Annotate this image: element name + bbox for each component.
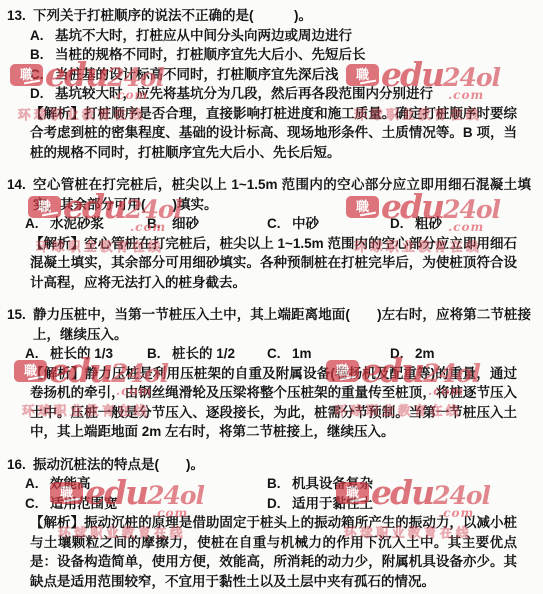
option-label: D. — [30, 84, 55, 104]
analysis: 【解析】空心管桩在打完桩后，桩尖以上 1~1.5m 范围内的空心部分应立即用细石… — [30, 234, 517, 293]
question-title: 13. 下列关于打桩顺序的说法不正确的是( )。 — [7, 6, 543, 26]
option-d: D. 2m — [390, 344, 543, 364]
option-label: B. — [30, 45, 55, 65]
option-label: B. — [267, 474, 292, 494]
question-15: 15. 静力压桩中，当第一节桩压入土中，其上端距离地面( )左右时，应将第二节桩… — [7, 305, 543, 442]
option-a: A. 水泥砂浆 — [25, 214, 147, 234]
option-text: 适用于黏性土 — [292, 494, 373, 514]
option-text: 当桩基的设计标高不同时，打桩顺序宜先深后浅 — [55, 65, 339, 85]
analysis: 【解析】振动沉桩的原理是借助固定于桩头上的振动箱所产生的振动力，以减小桩与土壤颗… — [30, 513, 517, 591]
options-list: A. 桩长的 1/3 B. 桩长的 1/2 C. 1m D. 2m — [25, 344, 543, 364]
option-text: 细砂 — [172, 214, 199, 234]
question-title: 16. 振动沉桩法的特点是( )。 — [7, 455, 543, 475]
options-list: A. 基坑不大时，打桩应从中间分头向两边或周边进行 B. 当桩的规格不同时，打桩… — [30, 26, 543, 104]
option-c: C. 1m — [267, 344, 390, 364]
option-text: 2m — [415, 344, 435, 364]
analysis-label: 【解析】 — [30, 515, 84, 530]
option-d: D. 粗砂 — [390, 214, 543, 234]
analysis: 【解析】静力压桩是利用压桩架的自重及附属设备(卷扬机及配重等)的重量，通过卷扬机… — [30, 364, 517, 442]
analysis-text: 打桩顺序是否合理，直接影响打桩进度和施工质量。确定打桩顺序时要综合考虑到桩的密集… — [30, 106, 517, 160]
option-text: 桩长的 1/3 — [50, 344, 113, 364]
option-label: A. — [25, 474, 50, 494]
option-a: A. 桩长的 1/3 — [25, 344, 147, 364]
option-label: A. — [30, 26, 55, 46]
option-label: C. — [30, 65, 55, 85]
option-label: D. — [390, 344, 415, 364]
option-label: B. — [147, 344, 172, 364]
option-label: C. — [267, 214, 292, 234]
option-label: A. — [25, 214, 50, 234]
option-d: D. 适用于黏性土 — [267, 494, 543, 514]
analysis-text: 振动沉桩的原理是借助固定于桩头上的振动箱所产生的振动力，以减小桩与土壤颗粒之间的… — [30, 515, 517, 589]
option-c: C. 当桩基的设计标高不同时，打桩顺序宜先深后浅 — [30, 65, 543, 85]
question-title: 15. 静力压桩中，当第一节桩压入土中，其上端距离地面( )左右时，应将第二节桩… — [7, 305, 543, 344]
analysis-label: 【解析】 — [30, 106, 84, 121]
option-d: D. 基坑较大时，应先将基坑分为几段，然后再各段范围内分别进行 — [30, 84, 543, 104]
options-list: A. 效能高 B. 机具设备复杂 C. 适用范围宽 D. 适用于黏性土 — [25, 474, 543, 513]
question-14: 14. 空心管桩在打完桩后，桩尖以上 1~1.5m 范围内的空心部分应立即用细石… — [7, 175, 543, 292]
option-text: 1m — [292, 344, 312, 364]
question-13: 13. 下列关于打桩顺序的说法不正确的是( )。 A. 基坑不大时，打桩应从中间… — [7, 6, 543, 162]
option-text: 基坑不大时，打桩应从中间分头向两边或周边进行 — [55, 26, 352, 46]
analysis-text: 静力压桩是利用压桩架的自重及附属设备(卷扬机及配重等)的重量，通过卷扬机的牵引，… — [30, 366, 517, 440]
scanned-exam-page: { "page": { "background": "#fbfbfa", "te… — [0, 0, 543, 594]
option-b: B. 细砂 — [147, 214, 267, 234]
option-text: 基坑较大时，应先将基坑分为几段，然后再各段范围内分别进行 — [55, 84, 433, 104]
option-c: C. 适用范围宽 — [25, 494, 267, 514]
option-text: 水泥砂浆 — [50, 214, 104, 234]
analysis-label: 【解析】 — [30, 366, 85, 381]
document-content: 13. 下列关于打桩顺序的说法不正确的是( )。 A. 基坑不大时，打桩应从中间… — [0, 0, 543, 594]
option-label: D. — [390, 214, 415, 234]
question-title: 14. 空心管桩在打完桩后，桩尖以上 1~1.5m 范围内的空心部分应立即用细石… — [7, 175, 543, 214]
option-a: A. 效能高 — [25, 474, 267, 494]
option-text: 中砂 — [292, 214, 319, 234]
option-c: C. 中砂 — [267, 214, 390, 234]
analysis: 【解析】打桩顺序是否合理，直接影响打桩进度和施工质量。确定打桩顺序时要综合考虑到… — [30, 104, 517, 163]
option-label: A. — [25, 344, 50, 364]
question-text: 空心管桩在打完桩后，桩尖以上 1~1.5m 范围内的空心部分应立即用细石混凝土填… — [33, 175, 531, 214]
option-label: C. — [25, 494, 50, 514]
question-16: 16. 振动沉桩法的特点是( )。 A. 效能高 B. 机具设备复杂 C. 适用… — [7, 455, 543, 592]
option-text: 效能高 — [50, 474, 91, 494]
question-number: 15. — [7, 305, 33, 344]
option-label: D. — [267, 494, 292, 514]
question-number: 16. — [7, 455, 33, 475]
question-text: 下列关于打桩顺序的说法不正确的是( )。 — [33, 6, 531, 26]
option-label: B. — [147, 214, 172, 234]
option-text: 粗砂 — [415, 214, 442, 234]
option-label: C. — [267, 344, 292, 364]
option-b: B. 桩长的 1/2 — [147, 344, 267, 364]
option-text: 适用范围宽 — [50, 494, 118, 514]
analysis-label: 【解析】 — [30, 236, 84, 251]
analysis-text: 空心管桩在打完桩后，桩尖以上 1~1.5m 范围内的空心部分应立即用细石混凝土填… — [30, 236, 517, 290]
question-number: 13. — [7, 6, 33, 26]
option-b: B. 机具设备复杂 — [267, 474, 543, 494]
question-text: 振动沉桩法的特点是( )。 — [33, 455, 531, 475]
options-list: A. 水泥砂浆 B. 细砂 C. 中砂 D. 粗砂 — [25, 214, 543, 234]
option-text: 桩长的 1/2 — [172, 344, 235, 364]
option-text: 机具设备复杂 — [292, 474, 373, 494]
option-text: 当桩的规格不同时，打桩顺序宜先大后小、先短后长 — [55, 45, 366, 65]
option-b: B. 当桩的规格不同时，打桩顺序宜先大后小、先短后长 — [30, 45, 543, 65]
question-number: 14. — [7, 175, 33, 214]
option-a: A. 基坑不大时，打桩应从中间分头向两边或周边进行 — [30, 26, 543, 46]
question-text: 静力压桩中，当第一节桩压入土中，其上端距离地面( )左右时，应将第二节桩接上，继… — [33, 305, 531, 344]
